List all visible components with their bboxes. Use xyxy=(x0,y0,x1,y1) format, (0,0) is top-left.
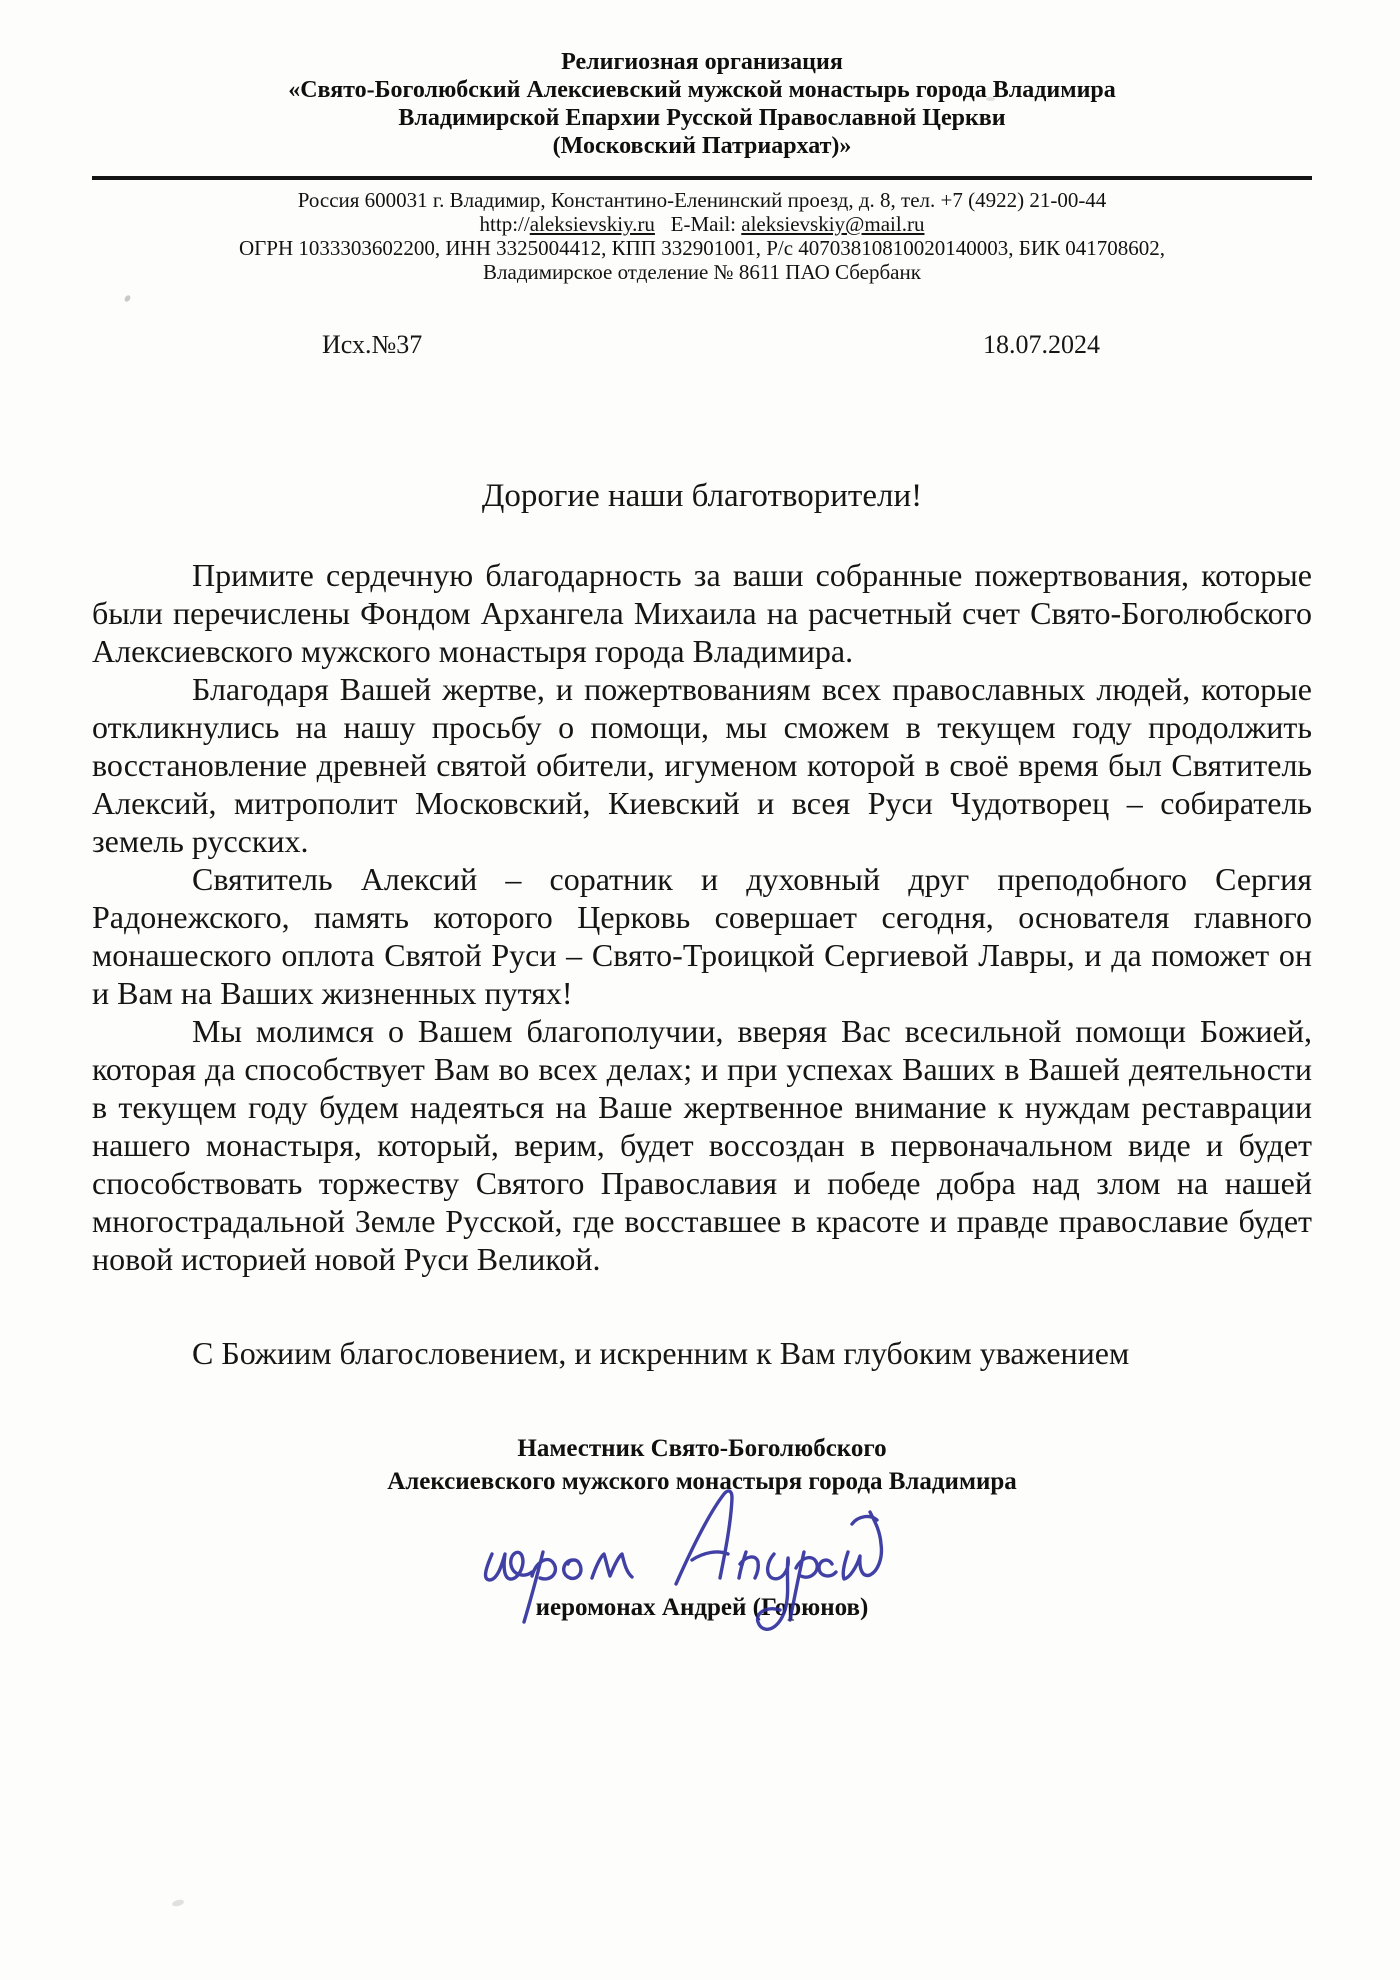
letterhead-divider xyxy=(92,176,1312,180)
signer-title-line-1: Наместник Свято-Боголюбского xyxy=(92,1432,1312,1465)
letter-date: 18.07.2024 xyxy=(983,330,1100,360)
signature-stroke-m xyxy=(592,1554,632,1578)
signature-stroke-e xyxy=(819,1560,836,1576)
org-line-1: Религиозная организация xyxy=(92,48,1312,76)
scan-artifact xyxy=(171,1899,184,1908)
org-line-2: «Свято-Боголюбский Алексиевский мужской … xyxy=(92,76,1312,104)
signature-stroke-r2 xyxy=(790,1552,817,1620)
closing-line: С Божиим благословением, и искренним к В… xyxy=(92,1334,1312,1372)
paragraph-1: Примите сердечную благодарность за ваши … xyxy=(92,556,1312,670)
signature-stroke-n xyxy=(739,1552,758,1578)
scan-artifact xyxy=(123,294,131,303)
website-prefix: http:// xyxy=(480,212,530,236)
signature-stroke-ie xyxy=(486,1552,532,1580)
signature-stroke-o xyxy=(564,1560,581,1578)
signature-stroke-j xyxy=(843,1512,881,1579)
reference-row: Исх.№37 18.07.2024 xyxy=(92,330,1312,364)
org-line-3: Владимирской Епархии Русской Православно… xyxy=(92,104,1312,132)
org-line-4: (Московский Патриархат)» xyxy=(92,132,1312,160)
address-line: Россия 600031 г. Владимир, Константино-Е… xyxy=(92,188,1312,212)
website-link: aleksievskiy.ru xyxy=(530,212,655,236)
scanned-letter-page: Религиозная организация «Свято-Боголюбск… xyxy=(0,0,1400,1980)
paragraph-4: Мы молимся о Вашем благополучии, вверяя … xyxy=(92,1012,1312,1278)
salutation: Дорогие наши благотворители! xyxy=(92,476,1312,516)
letterhead-org-block: Религиозная организация «Свято-Боголюбск… xyxy=(92,48,1312,160)
web-email-line: http://aleksievskiy.ru E-Mail: aleksievs… xyxy=(92,212,1312,236)
letter-body: Примите сердечную благодарность за ваши … xyxy=(92,556,1312,1278)
signature-stroke-A xyxy=(676,1491,732,1584)
email-link: aleksievskiy@mail.ru xyxy=(741,212,924,236)
paragraph-3: Святитель Алексий – соратник и духовный … xyxy=(92,860,1312,1012)
bank-line: Владимирское отделение № 8611 ПАО Сберба… xyxy=(92,260,1312,284)
scan-artifact xyxy=(986,97,995,101)
paragraph-2: Благодаря Вашей жертве, и пожертвованиям… xyxy=(92,670,1312,860)
handwritten-signature xyxy=(380,1472,940,1642)
signature-stroke-d-loop xyxy=(758,1554,789,1629)
outgoing-number: Исх.№37 xyxy=(322,330,422,360)
letterhead-contact-block: Россия 600031 г. Владимир, Константино-Е… xyxy=(92,188,1312,284)
registration-line: ОГРН 1033303602200, ИНН 3325004412, КПП … xyxy=(92,236,1312,260)
email-label: E-Mail: xyxy=(671,212,736,236)
